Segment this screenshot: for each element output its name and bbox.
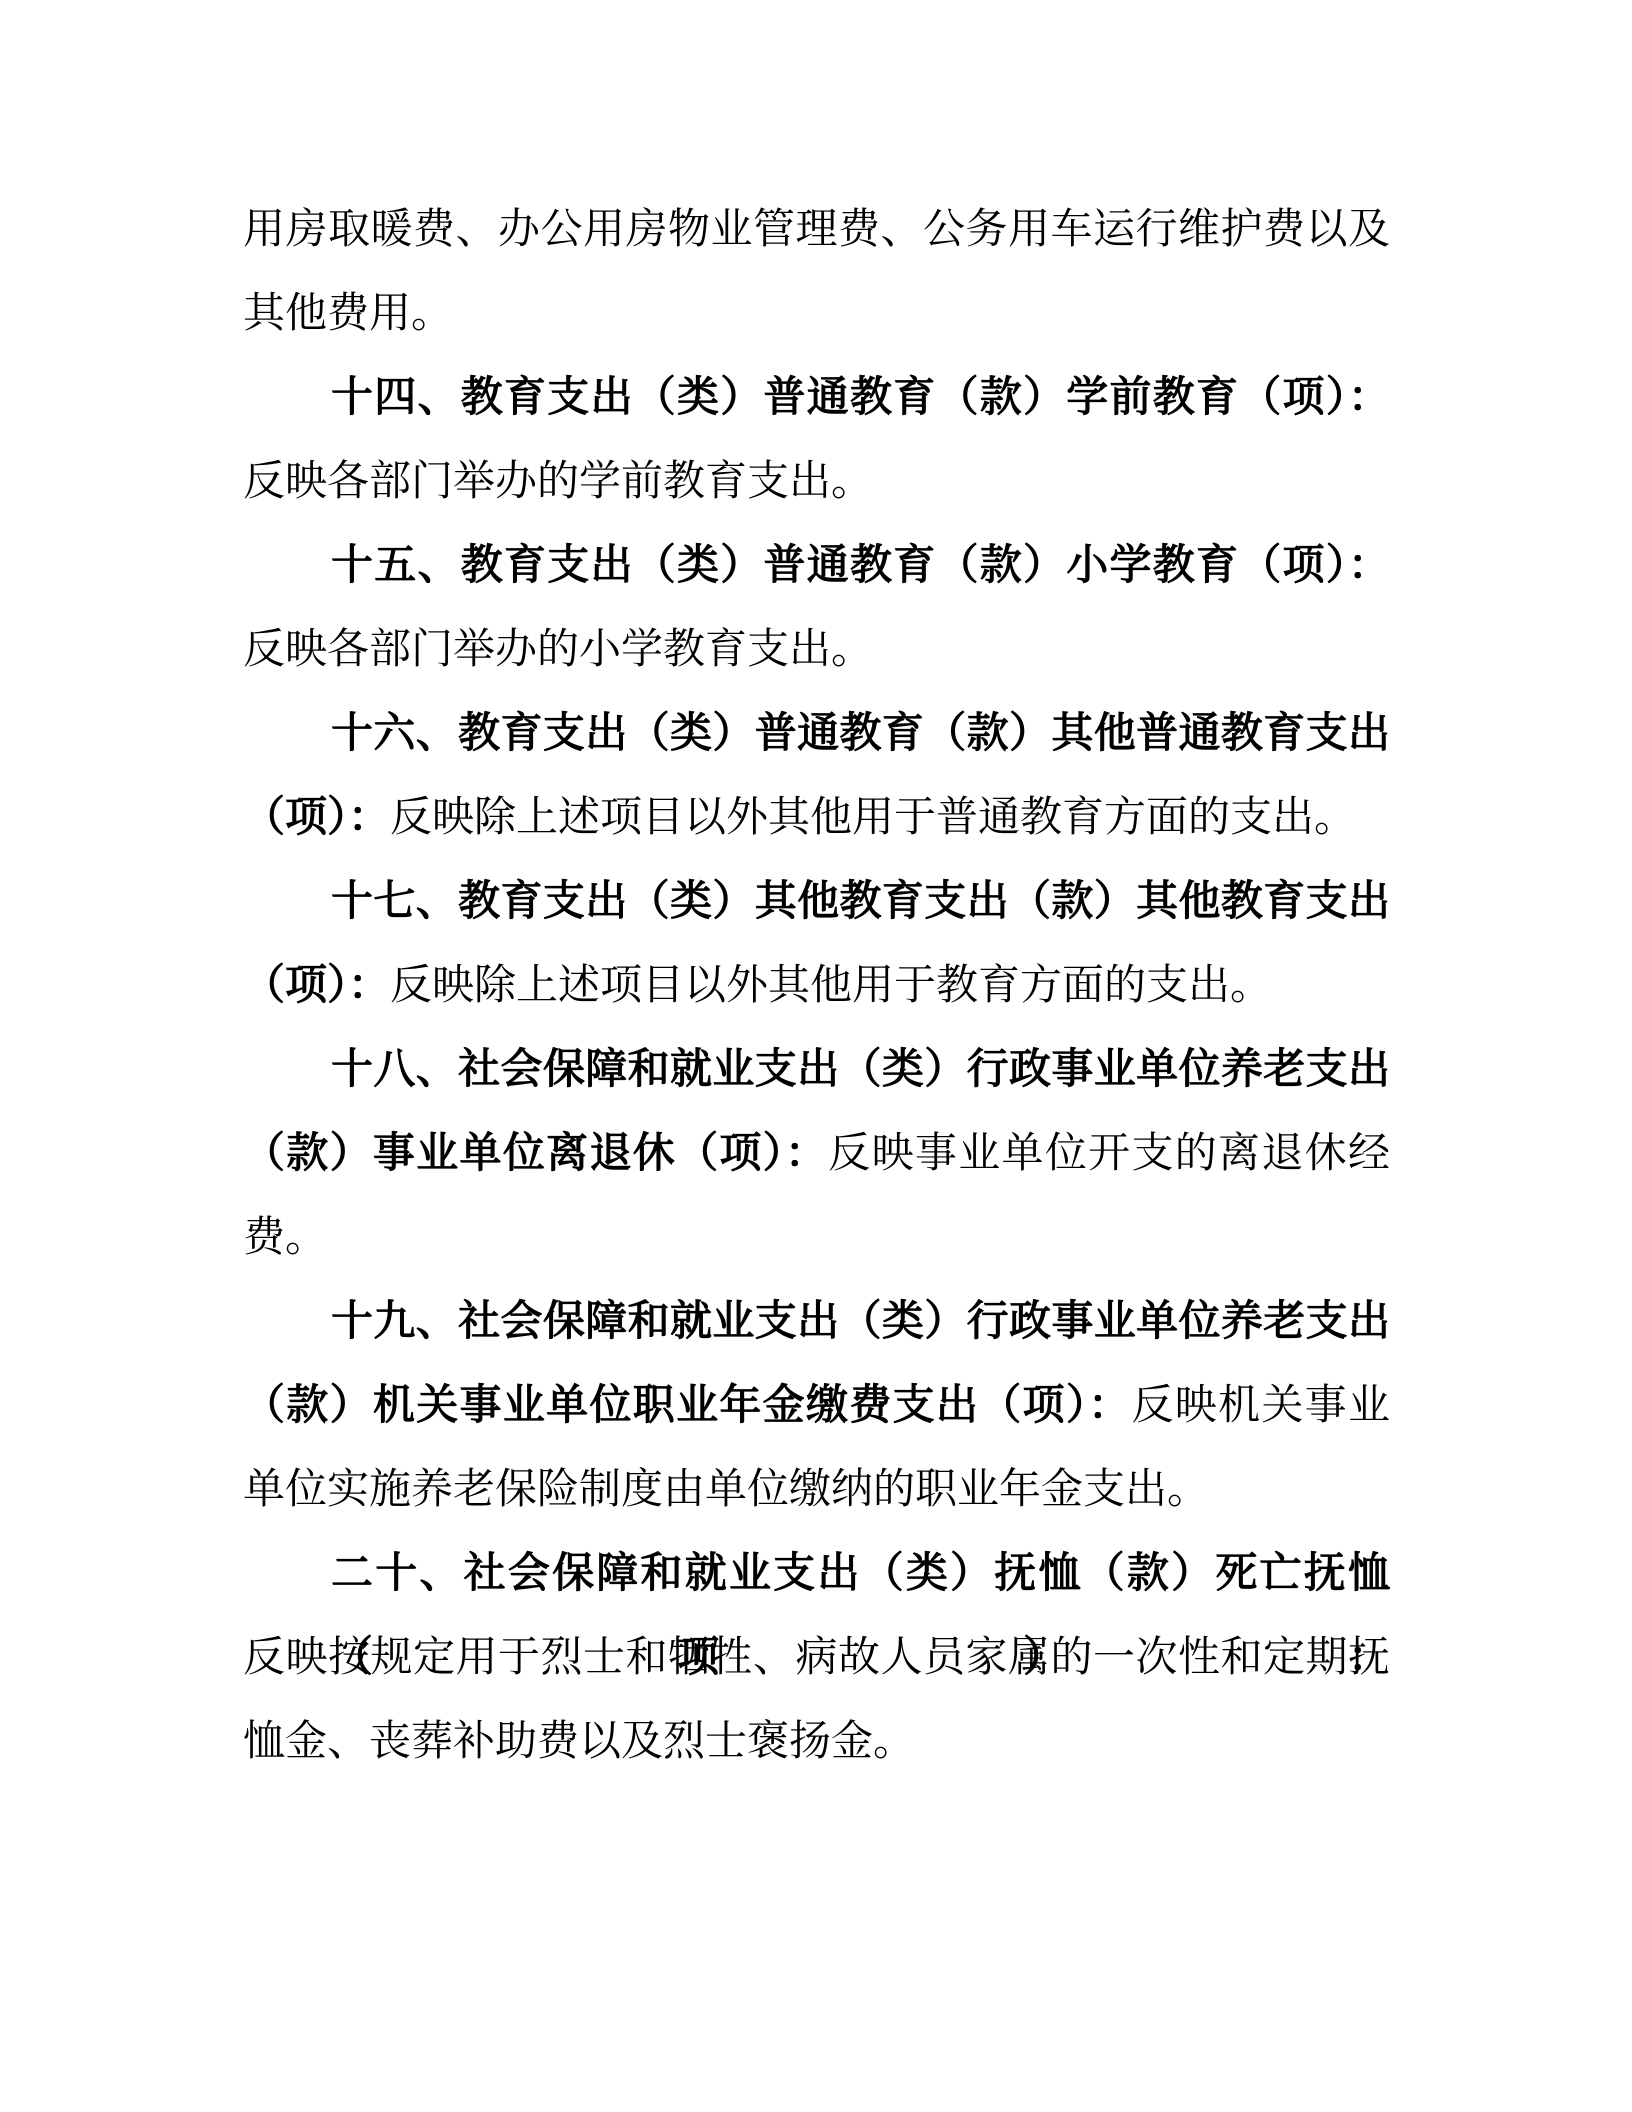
heading-text: 十六、教育支出（类）普通教育（款）其他普通教育支出 <box>331 711 1390 757</box>
item-16-heading-line: 十六、教育支出（类）普通教育（款）其他普通教育支出 <box>243 692 1390 776</box>
item-20-heading-line: 二十、社会保障和就业支出（类）抚恤（款）死亡抚恤（项）： <box>243 1532 1390 1616</box>
item-19-body-line-1: （款）机关事业单位职业年金缴费支出（项）：反映机关事业 <box>243 1364 1390 1448</box>
body-text: 费。 <box>243 1215 327 1261</box>
body-text: 反映除上述项目以外其他用于教育方面的支出。 <box>390 963 1272 1009</box>
heading-text: 十九、社会保障和就业支出（类）行政事业单位养老支出 <box>331 1299 1390 1345</box>
heading-text: （款）机关事业单位职业年金缴费支出（项）： <box>243 1383 1131 1429</box>
item-15-heading-line: 十五、教育支出（类）普通教育（款）小学教育（项）： <box>243 524 1390 608</box>
item-16-body-line: （项）：反映除上述项目以外其他用于普通教育方面的支出。 <box>243 776 1390 860</box>
body-text: 反映按规定用于烈士和牺牲、病故人员家属的一次性和定期抚 <box>243 1635 1390 1681</box>
item-18-body-line-1: （款）事业单位离退休（项）：反映事业单位开支的离退休经 <box>243 1112 1390 1196</box>
continuation-paragraph-line-2: 其他费用。 <box>243 272 1390 356</box>
body-text: 反映机关事业 <box>1131 1383 1390 1429</box>
heading-text: （项）： <box>243 795 390 841</box>
body-text: 反映除上述项目以外其他用于普通教育方面的支出。 <box>390 795 1356 841</box>
item-18-heading-line: 十八、社会保障和就业支出（类）行政事业单位养老支出 <box>243 1028 1390 1112</box>
heading-text: （款）事业单位离退休（项）： <box>243 1131 828 1177</box>
body-text: 用房取暖费、办公用房物业管理费、公务用车运行维护费以及 <box>243 207 1390 253</box>
heading-text: 十七、教育支出（类）其他教育支出（款）其他教育支出 <box>331 879 1390 925</box>
continuation-paragraph-line-1: 用房取暖费、办公用房物业管理费、公务用车运行维护费以及 <box>243 188 1390 272</box>
item-17-heading-line: 十七、教育支出（类）其他教育支出（款）其他教育支出 <box>243 860 1390 944</box>
item-20-body-line-1: 反映按规定用于烈士和牺牲、病故人员家属的一次性和定期抚 <box>243 1616 1390 1700</box>
document-body: 用房取暖费、办公用房物业管理费、公务用车运行维护费以及其他费用。十四、教育支出（… <box>243 188 1390 1784</box>
body-text: 反映各部门举办的学前教育支出。 <box>243 459 873 505</box>
body-text: 其他费用。 <box>243 291 453 337</box>
body-text: 反映事业单位开支的离退休经 <box>828 1131 1390 1177</box>
item-19-heading-line: 十九、社会保障和就业支出（类）行政事业单位养老支出 <box>243 1280 1390 1364</box>
body-text: 恤金、丧葬补助费以及烈士褒扬金。 <box>243 1719 915 1765</box>
item-17-body-line: （项）：反映除上述项目以外其他用于教育方面的支出。 <box>243 944 1390 1028</box>
heading-text: （项）： <box>243 963 390 1009</box>
body-text: 反映各部门举办的小学教育支出。 <box>243 627 873 673</box>
heading-text: 十八、社会保障和就业支出（类）行政事业单位养老支出 <box>331 1047 1390 1093</box>
body-text: 单位实施养老保险制度由单位缴纳的职业年金支出。 <box>243 1467 1209 1513</box>
item-14-heading-line: 十四、教育支出（类）普通教育（款）学前教育（项）： <box>243 356 1390 440</box>
item-14-body-line: 反映各部门举办的学前教育支出。 <box>243 440 1390 524</box>
document-page: 用房取暖费、办公用房物业管理费、公务用车运行维护费以及其他费用。十四、教育支出（… <box>0 0 1632 2112</box>
heading-text: 十四、教育支出（类）普通教育（款）学前教育（项）： <box>331 375 1390 421</box>
item-18-body-line-2: 费。 <box>243 1196 1390 1280</box>
heading-text: 十五、教育支出（类）普通教育（款）小学教育（项）： <box>331 543 1390 589</box>
item-19-body-line-2: 单位实施养老保险制度由单位缴纳的职业年金支出。 <box>243 1448 1390 1532</box>
item-20-body-line-2: 恤金、丧葬补助费以及烈士褒扬金。 <box>243 1700 1390 1784</box>
item-15-body-line: 反映各部门举办的小学教育支出。 <box>243 608 1390 692</box>
